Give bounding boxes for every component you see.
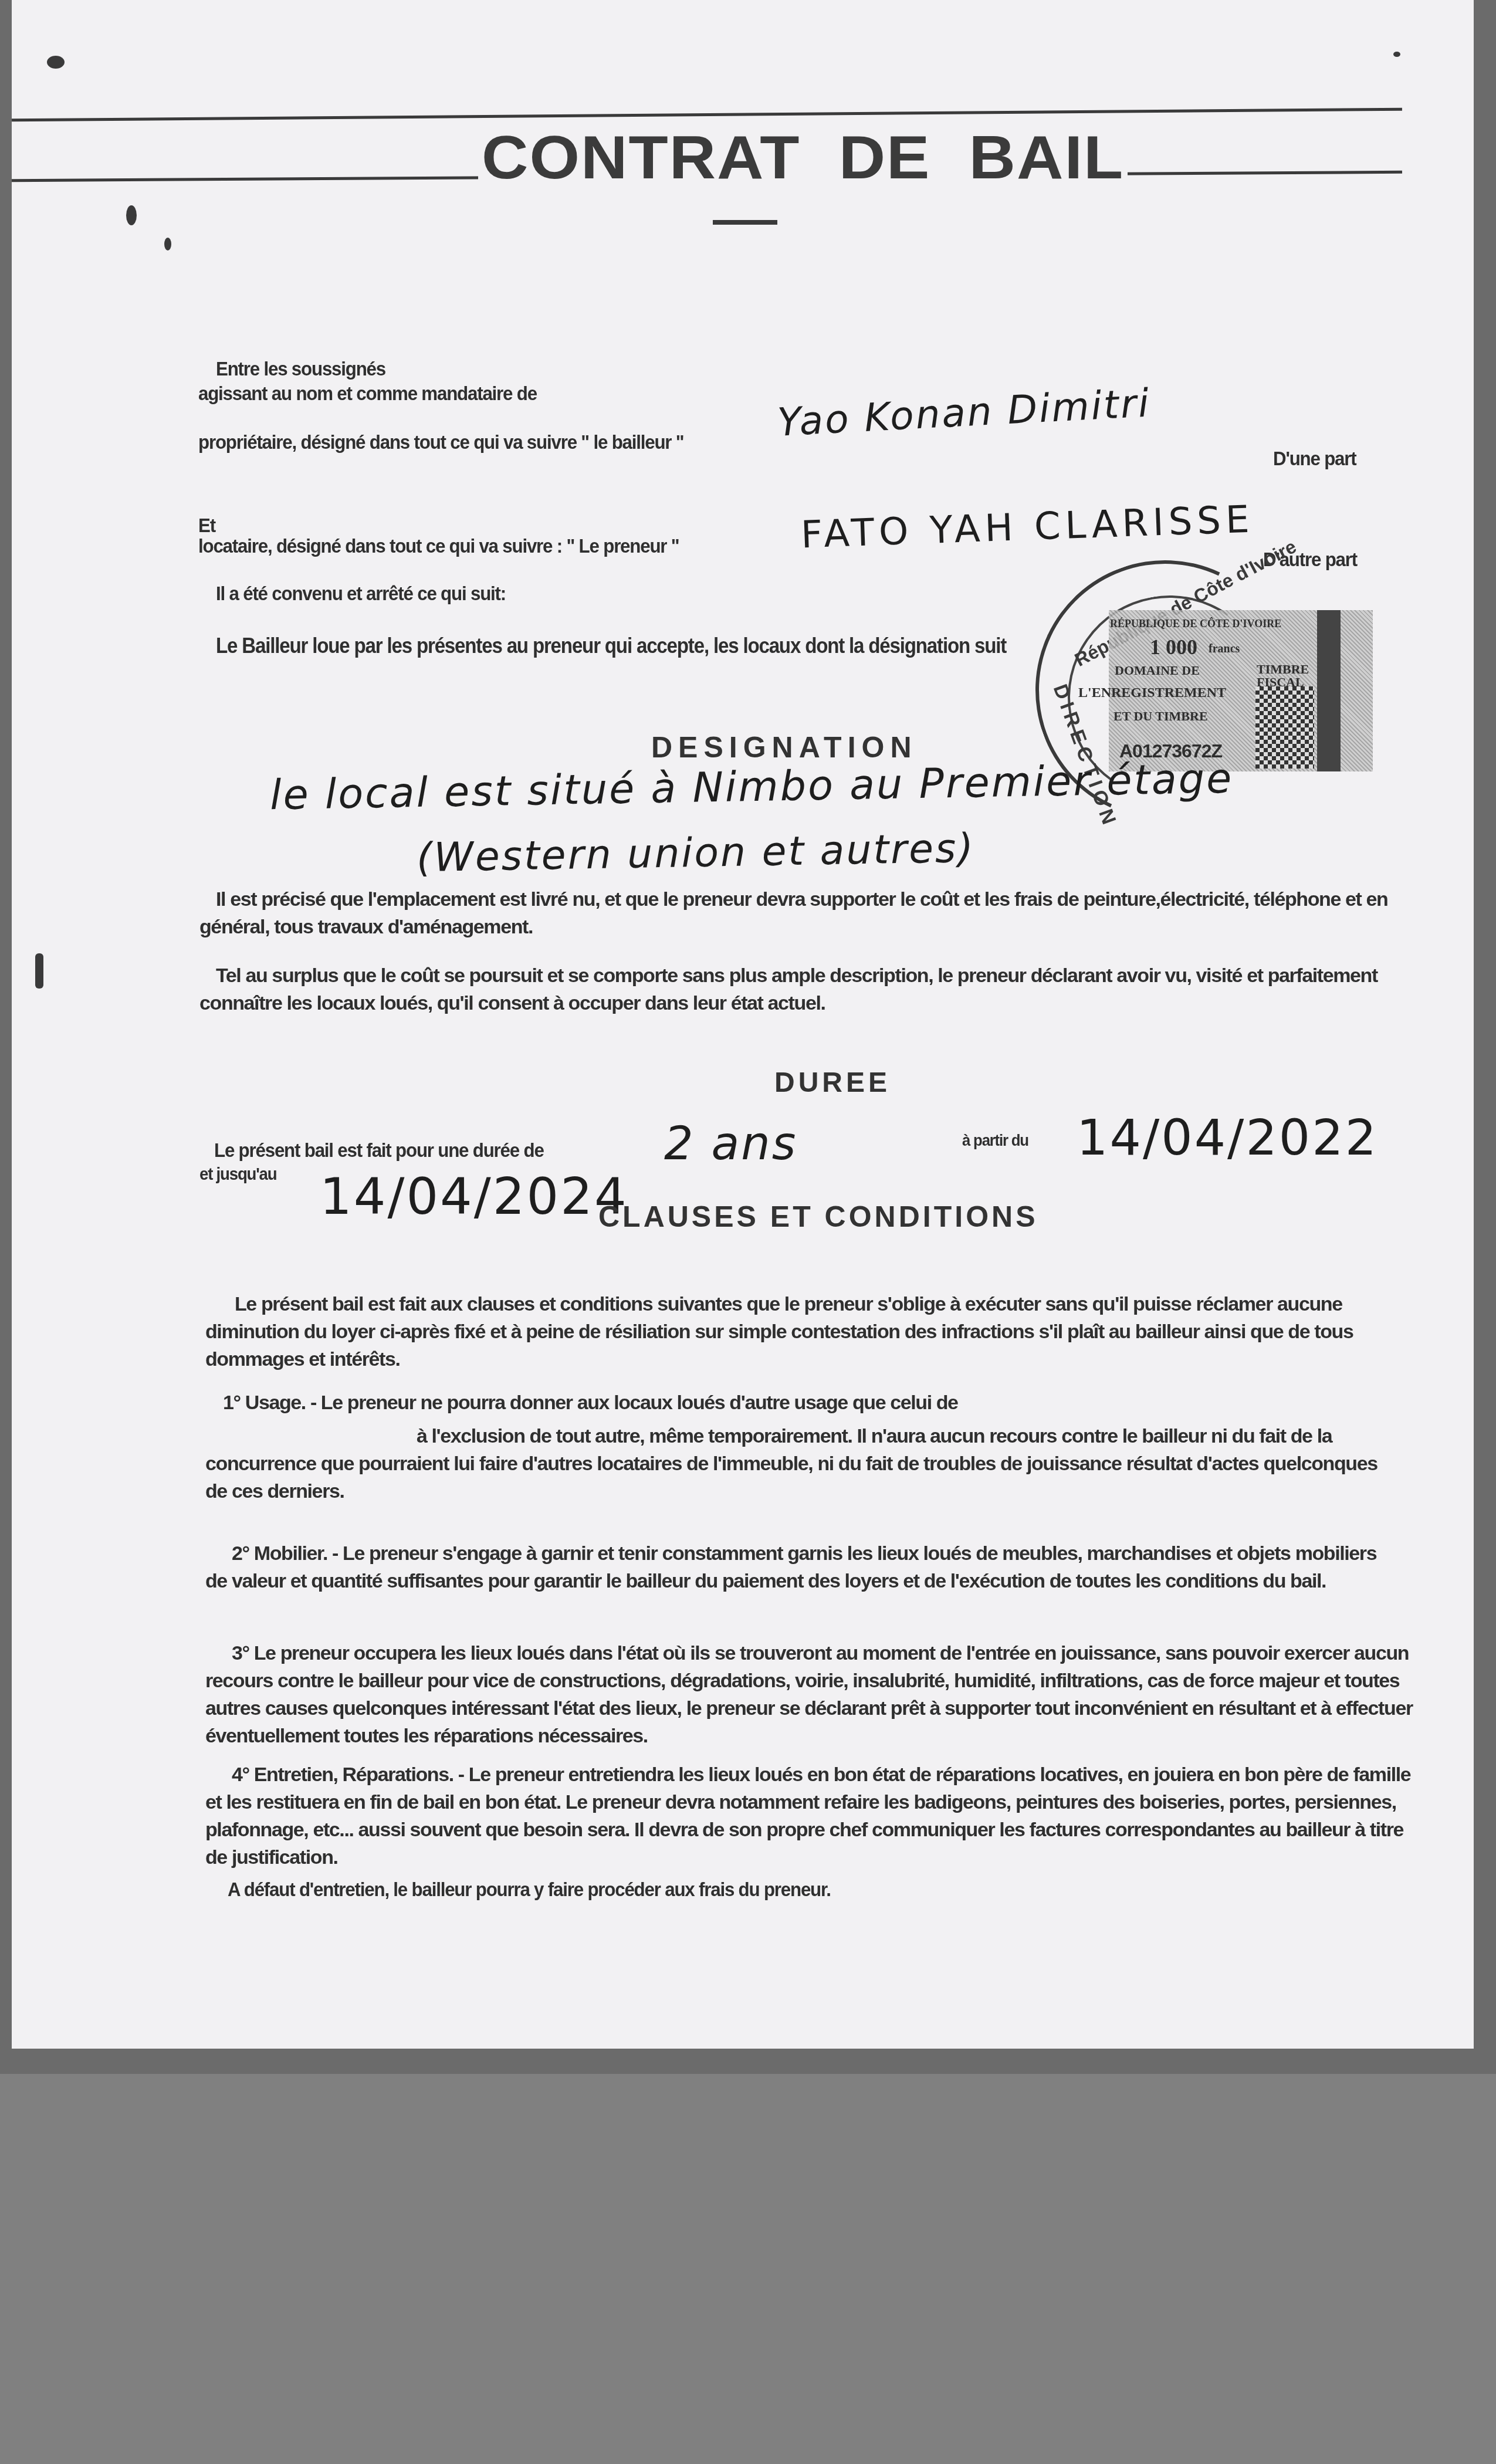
clause-defaut: A défaut d'entretien, le bailleur pourra…	[228, 1879, 831, 1901]
lease-contract-page: CONTRAT DE BAIL Entre les soussignés agi…	[12, 0, 1474, 2049]
landlord-label: propriétaire, désigné dans tout ce qui v…	[198, 431, 683, 454]
fiscal-stamp-header: RÉPUBLIQUE DE CÔTE D'IVOIRE	[1110, 618, 1281, 630]
intro-text: Entre les soussignés	[216, 358, 385, 381]
fiscal-stamp-line1: DOMAINE DE	[1115, 663, 1200, 678]
clauses-intro: Le présent bail est fait aux clauses et …	[205, 1291, 1396, 1373]
clause-etat: 3° Le preneur occupera les lieux loués d…	[205, 1640, 1414, 1750]
scan-speck	[164, 238, 171, 251]
clause-usage-line2: à l'exclusion de tout autre, même tempor…	[205, 1423, 1396, 1505]
duration-value-handwritten: 2 ans	[664, 1118, 797, 1170]
scan-speck	[35, 953, 43, 989]
lease-statement: Le Bailleur loue par les présentes au pr…	[216, 634, 1006, 658]
clauses-heading: CLAUSES ET CONDITIONS	[598, 1200, 1038, 1234]
designation-handwritten-line1: le local est situé à Nimbo au Premier ét…	[269, 754, 1233, 820]
title-underline	[713, 220, 777, 225]
agreement-text: Il a été convenu et arrêté ce qui suit:	[216, 583, 506, 605]
fiscal-stamp-currency: francs	[1209, 642, 1240, 656]
designation-paragraph-2: Tel au surplus que le coût se poursuit e…	[199, 962, 1396, 1017]
document-title: CONTRAT DE BAIL	[478, 122, 1128, 193]
scan-speck	[126, 205, 137, 225]
mandate-text: agissant au nom et comme mandataire de	[198, 383, 537, 405]
fiscal-stamp-amount: 1 000	[1150, 635, 1197, 659]
designation-heading: DESIGNATION	[651, 730, 918, 764]
until-label: et jusqu'au	[199, 1165, 276, 1184]
end-date-handwritten: 14/04/2024	[320, 1167, 628, 1226]
fiscal-stamp-line2: L'ENREGISTREMENT	[1078, 685, 1226, 701]
clause-mobilier: 2° Mobilier. - Le preneur s'engage à gar…	[205, 1540, 1396, 1595]
fiscal-stamp-qr-code	[1255, 686, 1314, 769]
clause-usage-line1: 1° Usage. - Le preneur ne pourra donner …	[223, 1389, 1396, 1417]
designation-handwritten-line2: (Western union et autres)	[416, 825, 975, 882]
from-label: à partir du	[962, 1131, 1028, 1150]
scan-speck	[1393, 52, 1400, 57]
tenant-label: locataire, désigné dans tout ce qui va s…	[198, 535, 679, 558]
fiscal-stamp-label2: FISCAL	[1257, 675, 1304, 690]
clause-entretien: 4° Entretien, Réparations. - Le preneur …	[205, 1761, 1414, 1871]
start-date-handwritten: 14/04/2022	[1077, 1109, 1378, 1166]
duration-label: Le présent bail est fait pour une durée …	[214, 1139, 544, 1162]
fiscal-stamp-line3: ET DU TIMBRE	[1113, 709, 1208, 724]
and-text: Et	[198, 515, 215, 537]
top-rule-upper	[12, 108, 1402, 122]
landlord-name-handwritten: Yao Konan Dimitri	[776, 380, 1152, 445]
fiscal-stamp-bar	[1317, 610, 1341, 771]
scan-speck	[47, 56, 65, 69]
designation-paragraph-1: Il est précisé que l'emplacement est liv…	[199, 886, 1396, 941]
tenant-name-handwritten: FATO YAH CLARISSE	[800, 498, 1255, 557]
duration-heading: DUREE	[774, 1067, 891, 1099]
first-party-label: D'une part	[1273, 448, 1356, 471]
